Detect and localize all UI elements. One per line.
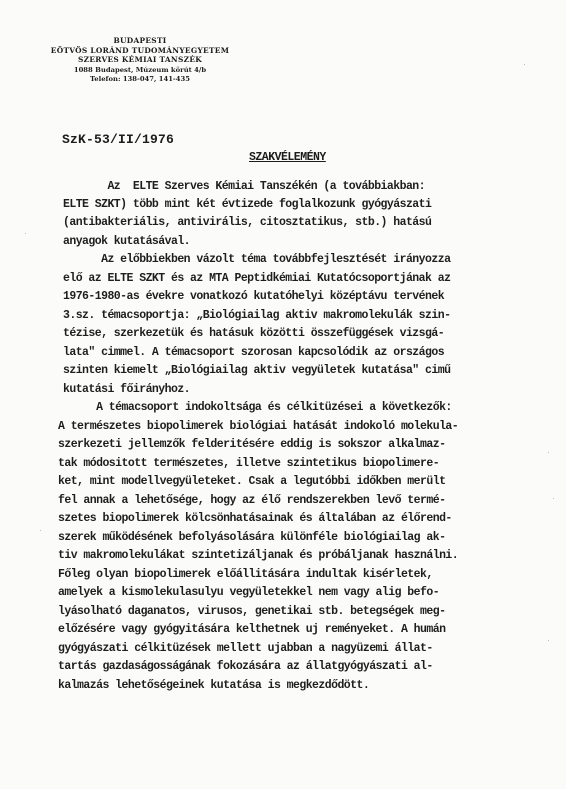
body-line: anyagok kutatásával. bbox=[63, 235, 190, 248]
letterhead-university: EÖTVÖS LORÁND TUDOMÁNYEGYETEM bbox=[40, 46, 240, 56]
body-line: gyógyászati célkitüzések mellett ujabban… bbox=[58, 642, 433, 655]
scan-speck bbox=[548, 640, 549, 641]
body-line: tak módositott természetes, illetve szin… bbox=[58, 457, 439, 470]
body-line: Az ELTE Szerves Kémiai Tanszékén (a tová… bbox=[63, 180, 425, 193]
body-line: Főleg olyan biopolimerek előállitására i… bbox=[58, 568, 433, 581]
scan-speck bbox=[548, 452, 549, 453]
body-line: szetes biopolimerek kölcsönhatásainak és… bbox=[58, 512, 452, 525]
body-line: elő az ELTE SZKT és az MTA Peptidkémiai … bbox=[63, 272, 450, 285]
body-line: kutatási főirányhoz. bbox=[63, 383, 190, 396]
body-line: (antibakteriális, antivirális, citosztat… bbox=[63, 216, 431, 229]
body-line: 1976-1980-as évekre vonatkozó kutatóhely… bbox=[63, 290, 444, 303]
body-line: ELTE SZKT) több mint két évtizede foglal… bbox=[63, 198, 431, 211]
document-title: SZAKVÉLEMÉNY bbox=[249, 151, 326, 164]
letterhead-address: 1088 Budapest, Múzeum körút 4/b bbox=[40, 66, 240, 75]
body-line: tiv makromolekulákat szintetizáljanak és… bbox=[58, 549, 458, 562]
body-line: A témacsoport indokoltsága és célkitüzés… bbox=[58, 401, 452, 414]
body-line: Az előbbiekben vázolt téma továbbfejlesz… bbox=[63, 253, 450, 266]
letterhead-phone: Telefon: 138-047, 141-435 bbox=[40, 75, 240, 84]
scan-speck bbox=[524, 64, 525, 65]
body-line: lata" cimmel. A témacsoport szorosan kap… bbox=[63, 346, 444, 359]
scan-speck bbox=[40, 530, 41, 531]
body-line: szinten kiemelt „Biológiailag aktiv vegy… bbox=[63, 364, 450, 377]
letterhead: BUDAPESTI EÖTVÖS LORÁND TUDOMÁNYEGYETEM … bbox=[40, 36, 240, 84]
body-line: szerek működésének befolyásolására külön… bbox=[58, 531, 445, 544]
body-line: tartás gazdaságosságának fokozására az á… bbox=[58, 660, 433, 673]
body-line: szerkezeti jellemzők felderitésére eddig… bbox=[58, 438, 445, 451]
body-line: amelyek a kismolekulasulyu vegyületekkel… bbox=[58, 586, 439, 599]
body-line: A természetes biopolimerek biológiai hat… bbox=[58, 420, 458, 433]
body-line: lyásolható daganatos, virusos, genetikai… bbox=[58, 605, 445, 618]
reference-number: SzK-53/II/1976 bbox=[62, 132, 174, 147]
body-line: tézise, szerkezetük és hatásuk közötti ö… bbox=[63, 327, 444, 340]
body-line: 3.sz. témacsoportja: „Biológiailag aktiv… bbox=[63, 309, 450, 322]
scan-speck bbox=[553, 498, 554, 499]
body-line: előzésére vagy gyógyitására kelthetnek u… bbox=[58, 623, 445, 636]
letterhead-department: SZERVES KÉMIAI TANSZÉK bbox=[40, 55, 240, 65]
body-line: kalmazás lehetőségeinek kutatása is megk… bbox=[58, 679, 369, 692]
letterhead-city: BUDAPESTI bbox=[40, 36, 240, 46]
body-line: ket, mint modellvegyületeket. Csak a leg… bbox=[58, 475, 445, 488]
scan-speck bbox=[25, 233, 26, 234]
body-line: fel annak a lehetősége, hogy az élő rend… bbox=[58, 494, 445, 507]
